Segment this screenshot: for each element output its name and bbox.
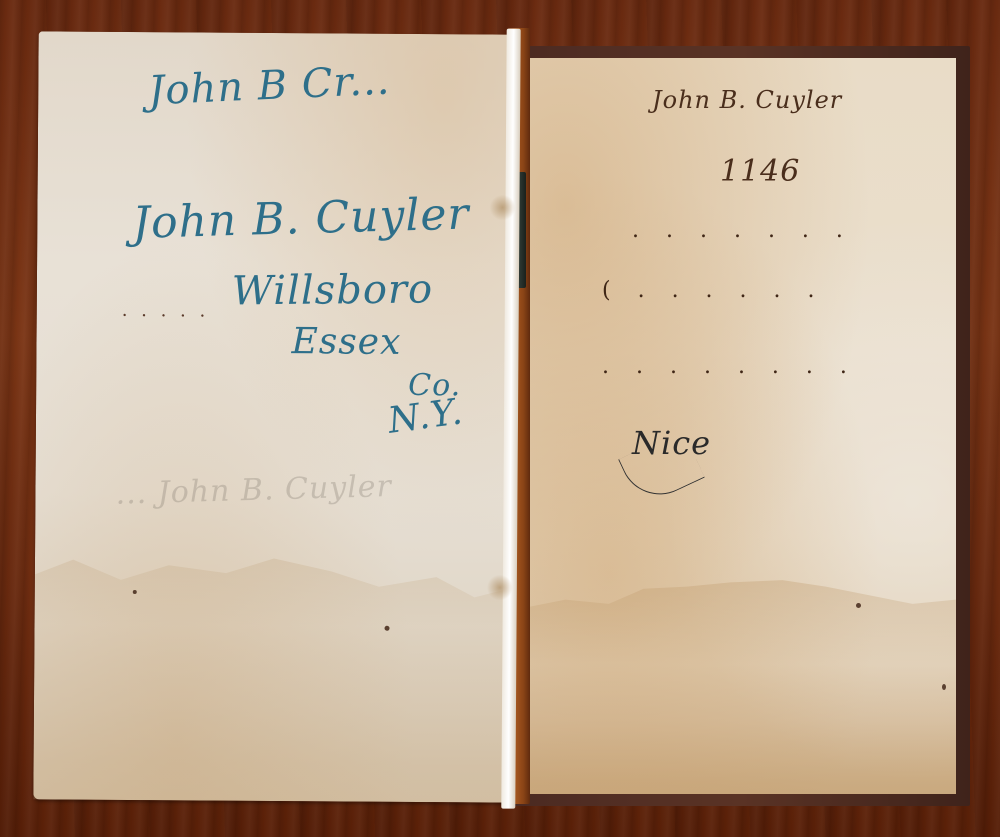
inscription-state: N.Y. [386,391,466,442]
water-stain [33,549,513,802]
ink-dots-row: . . . . . . . [632,218,853,243]
foxing-spot [385,626,390,631]
flyleaf-page: John B Cr... John B. Cuyler . . . . . Wi… [33,31,516,802]
inscription-county: Essex [291,321,401,363]
ink-dots-row: ( . . . . . . [602,278,825,303]
inscription-top: John B Cr... [147,57,391,114]
water-stain [522,578,956,794]
owner-signature-small: John B. Cuyler [652,86,842,114]
faint-inscription: ... John B. Cuyler [115,469,392,512]
frayed-thread [487,574,513,600]
foxing-spot [856,603,861,608]
inscription-owner-name: John B. Cuyler [132,188,470,248]
frayed-thread [489,194,515,220]
pastedown-page: John B. Cuyler 1146 . . . . . . . ( . . … [522,58,956,794]
inscription-town: Willsboro [232,266,434,314]
ink-dots-row: . . . . . . . . [602,354,857,379]
foxing-spot [942,684,946,690]
ink-dots: . . . . . [122,300,210,322]
inscribed-number: 1146 [720,154,800,189]
foxing-spot [133,590,137,594]
